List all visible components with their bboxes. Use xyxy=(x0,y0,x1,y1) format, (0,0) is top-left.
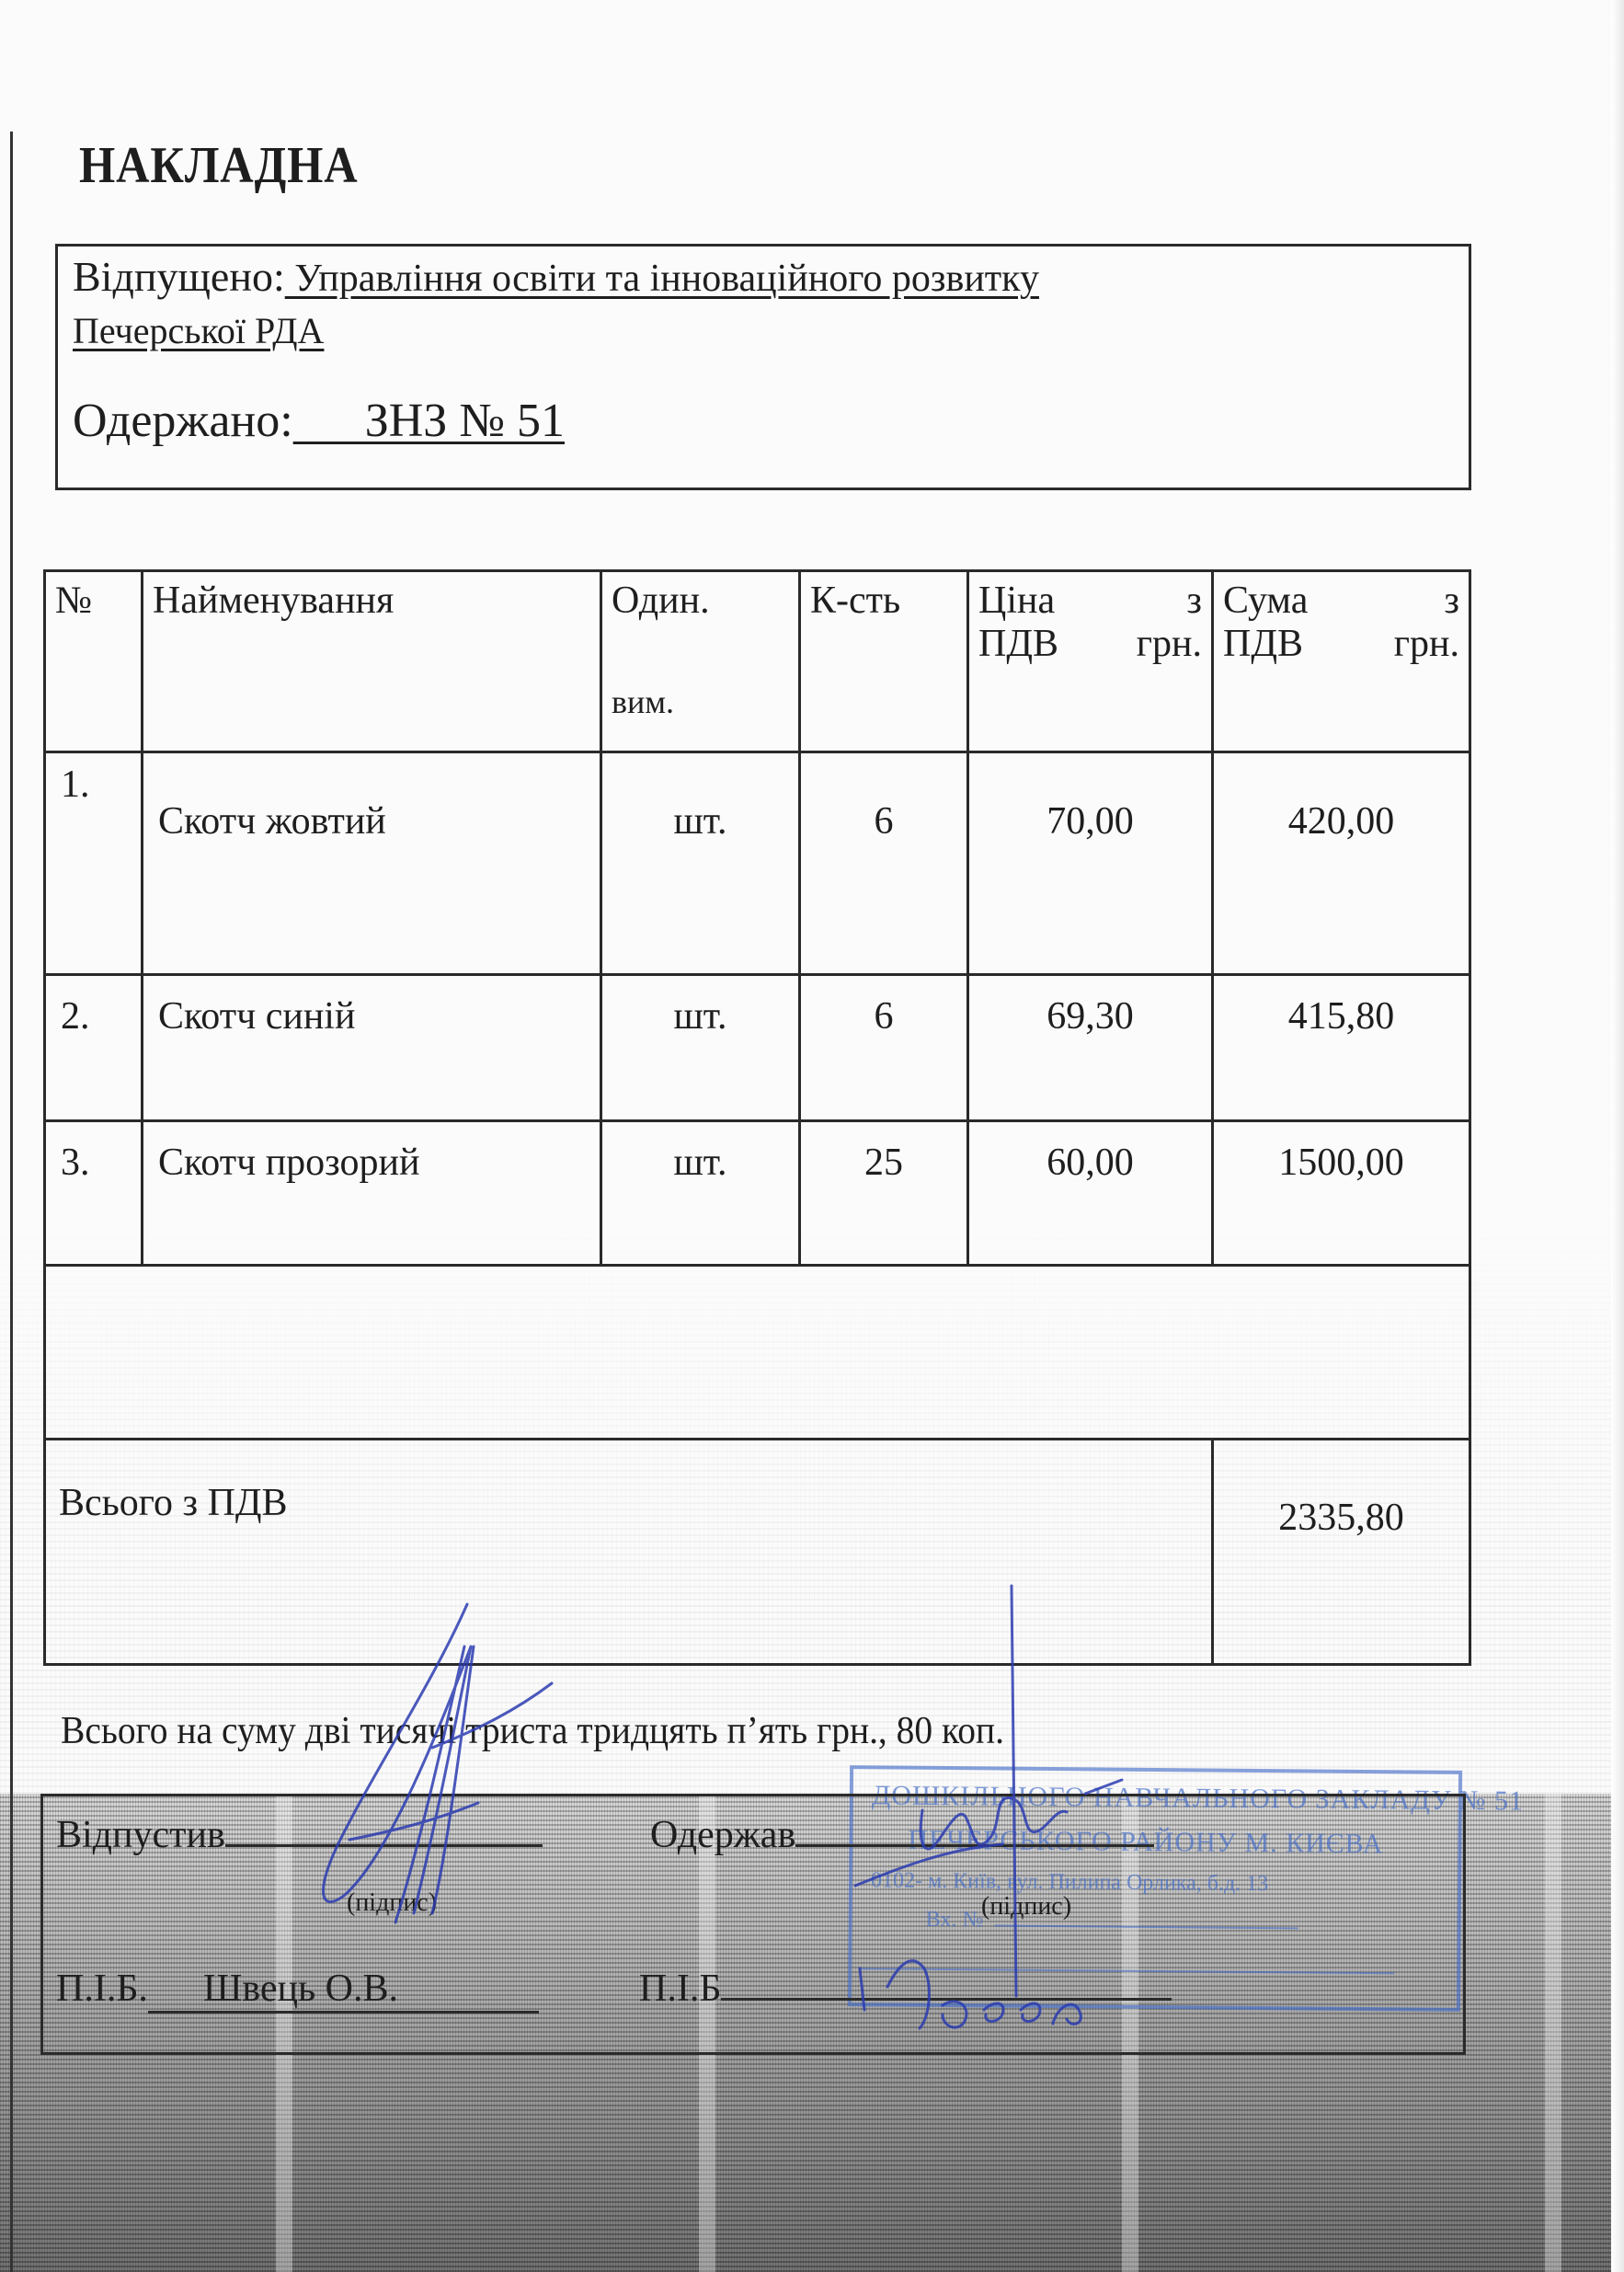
received-by-label: Одержав xyxy=(650,1814,795,1856)
row-unit: шт. xyxy=(601,752,800,975)
total-value: 2335,80 xyxy=(1213,1440,1470,1665)
items-table: № Найменування Один.вим. К-сть Ціназ ПДВ… xyxy=(43,569,1471,1666)
received-by-row: Одержав xyxy=(650,1813,1154,1857)
row-sum: 415,80 xyxy=(1213,975,1470,1121)
name-value-left: Швець О.В. xyxy=(148,1967,539,2014)
row-price: 70,00 xyxy=(968,752,1213,975)
table-row: 3. Скотч прозорий шт. 25 60,00 1500,00 xyxy=(45,1121,1470,1266)
table-row: 2. Скотч синій шт. 6 69,30 415,80 xyxy=(45,975,1470,1121)
row-price: 60,00 xyxy=(968,1121,1213,1266)
total-label: Всього з ПДВ xyxy=(45,1440,1213,1665)
row-qty: 6 xyxy=(800,975,968,1121)
name-row-left: П.І.Б.Швець О.В. xyxy=(56,1967,539,2014)
name-label-right: П.І.Б xyxy=(639,1968,721,2010)
document-title: НАКЛАДНА xyxy=(79,136,359,195)
row-no: 1. xyxy=(45,752,143,975)
row-unit: шт. xyxy=(601,975,800,1121)
released-line: Відпущено: Управління освіти та інноваці… xyxy=(73,252,1039,301)
row-no: 3. xyxy=(45,1121,143,1266)
name-label-left: П.І.Б. xyxy=(56,1968,148,2010)
parties-box: Відпущено: Управління освіти та інноваці… xyxy=(55,244,1471,490)
table-header-row: № Найменування Один.вим. К-сть Ціназ ПДВ… xyxy=(45,571,1470,752)
row-sum: 1500,00 xyxy=(1213,1121,1470,1266)
released-to-cont: Печерської РДА xyxy=(73,310,324,351)
released-by-label: Відпустив xyxy=(56,1814,225,1856)
col-header-name: Найменування xyxy=(143,571,601,752)
released-label: Відпущено: xyxy=(73,253,285,300)
col-header-sum: Сумаз ПДВгрн. xyxy=(1213,571,1470,752)
col-header-price: Ціназ ПДВгрн. xyxy=(968,571,1213,752)
row-sum: 420,00 xyxy=(1213,752,1470,975)
signatures-box: Відпустив (підпис) Одержав (підпис) П.І.… xyxy=(40,1794,1466,2055)
released-by-row: Відпустив xyxy=(56,1813,543,1857)
empty-cell xyxy=(45,1266,1470,1440)
signature-caption-left: (підпис) xyxy=(347,1888,437,1918)
row-name: Скотч прозорий xyxy=(143,1121,601,1266)
signature-caption-right: (підпис) xyxy=(981,1892,1071,1922)
received-by: ЗНЗ № 51 xyxy=(293,395,565,447)
name-line-right xyxy=(721,1997,1172,2001)
table-row: 1. Скотч жовтий шт. 6 70,00 420,00 xyxy=(45,752,1470,975)
name-row-right: П.І.Б xyxy=(639,1967,1172,2011)
released-line-2: Печерської РДА xyxy=(73,309,324,352)
sum-in-words: Всього на суму дві тисячі триста тридцят… xyxy=(61,1709,1004,1753)
total-row: Всього з ПДВ 2335,80 xyxy=(45,1440,1470,1665)
row-qty: 6 xyxy=(800,752,968,975)
left-margin-line xyxy=(10,132,13,2272)
row-no: 2. xyxy=(45,975,143,1121)
row-qty: 25 xyxy=(800,1121,968,1266)
released-by-signature-line xyxy=(225,1843,543,1847)
empty-row xyxy=(45,1266,1470,1440)
row-name: Скотч синій xyxy=(143,975,601,1121)
received-by-signature-line xyxy=(795,1843,1154,1847)
col-header-no: № xyxy=(45,571,143,752)
row-name: Скотч жовтий xyxy=(143,752,601,975)
page-edge xyxy=(1611,0,1624,2272)
received-label: Одержано: xyxy=(73,395,293,447)
row-unit: шт. xyxy=(601,1121,800,1266)
col-header-qty: К-сть xyxy=(800,571,968,752)
col-header-unit: Один.вим. xyxy=(601,571,800,752)
row-price: 69,30 xyxy=(968,975,1213,1121)
received-line: Одержано: ЗНЗ № 51 xyxy=(73,394,565,448)
released-to: Управління освіти та інноваційного розви… xyxy=(285,258,1039,300)
